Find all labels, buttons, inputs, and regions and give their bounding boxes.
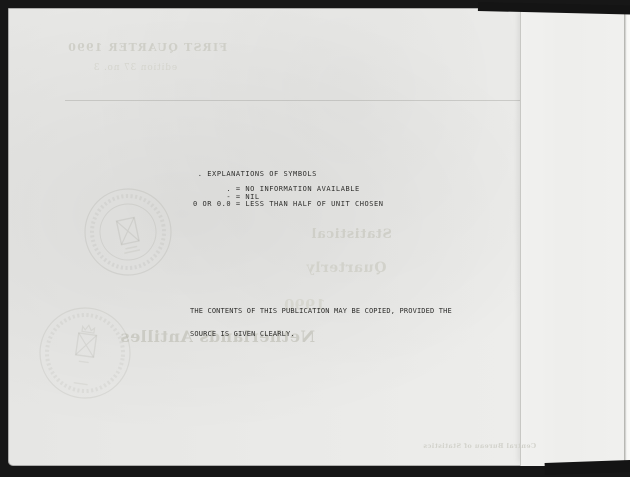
round-crown-seal-stamp-icon [36,304,134,406]
bleed-bottom-right-text: Central Bureau of Statistics [423,442,536,450]
scanner-background: FIRST QUARTER 1990 edition 37 no. 3 Stat… [0,0,630,477]
bleed-first-quarter-text: FIRST QUARTER 1990 [67,41,227,54]
scanner-bottom-edge [545,460,630,475]
bleed-quarterly-text: Quarterly [306,260,386,276]
round-library-stamp-icon [82,186,174,282]
bleed-edition-text: edition 37 no. 3 [93,63,177,73]
bleed-statistical-text: Statistical [311,227,392,242]
scanned-page: FIRST QUARTER 1990 edition 37 no. 3 Stat… [8,8,626,466]
copyright-line-2: SOURCE IS GIVEN CLEARLY. [190,331,452,339]
page-crease-panel [520,8,627,466]
page-stack-edge [624,10,630,462]
copyright-line-1: THE CONTENTS OF THIS PUBLICATION MAY BE … [190,308,452,316]
symbols-explanation-block: . EXPLANATIONS OF SYMBOLS . = NO INFORMA… [193,171,384,209]
copyright-notice: THE CONTENTS OF THIS PUBLICATION MAY BE … [190,293,452,354]
